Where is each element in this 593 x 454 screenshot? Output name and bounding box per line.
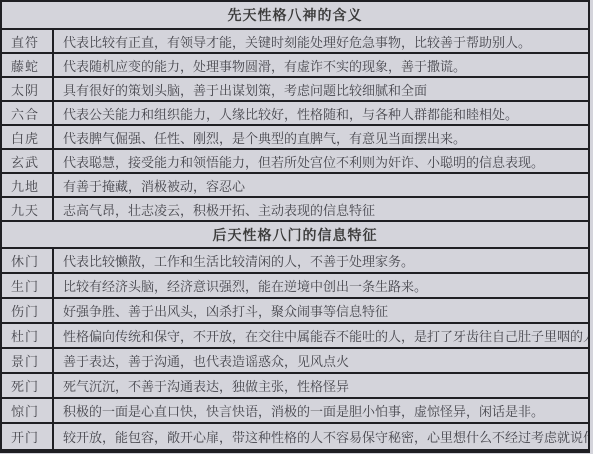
section-title-acquired-eight-doors: 后天性格八门的信息特征: [2, 223, 588, 249]
description-cell: 代表聪慧，接受能力和领悟能力，但若所处宫位不利则为奸诈、小聪明的信息表现。: [54, 152, 588, 171]
description-cell: 代表比较有正直，有领导才能，关键时刻能处理好危急事物，比较善于帮助别人。: [54, 32, 588, 51]
term-cell: 藤蛇: [2, 54, 54, 76]
description-cell: 死气沉沉，不善于沟通表达，独做主张，性格怪异: [54, 376, 588, 395]
description-cell: 代表公关能力和组织能力，人缘比较好，性格随和，与各种人群都能和睦相处。: [54, 104, 588, 123]
table-row: 开门较开放，能包容，敞开心扉，带这种性格的人不容易保守秘密，心里想什么不经过考虑…: [2, 424, 588, 450]
table-row: 六合代表公关能力和组织能力，人缘比较好，性格随和，与各种人群都能和睦相处。: [2, 102, 588, 126]
table-row: 直符代表比较有正直，有领导才能，关键时刻能处理好危急事物，比较善于帮助别人。: [2, 30, 588, 54]
description-cell: 代表随机应变的能力，处理事物圆滑，有虚诈不实的现象，善于撒谎。: [54, 56, 588, 75]
description-cell: 具有很好的策划头脑，善于出谋划策，考虑问题比较细腻和全面: [54, 80, 588, 99]
description-cell: 较开放，能包容，敞开心扉，带这种性格的人不容易保守秘密，心里想什么不经过考虑就说…: [54, 427, 588, 446]
section-title-innate-eight-gods: 先天性格八神的含义: [2, 2, 588, 30]
term-cell: 玄武: [2, 150, 54, 172]
description-cell: 善于表达，善于沟通，也代表造谣惑众，见风点火: [54, 351, 588, 370]
innate-gods-rows: 直符代表比较有正直，有领导才能，关键时刻能处理好危急事物，比较善于帮助别人。藤蛇…: [2, 30, 588, 223]
table-row: 景门善于表达，善于沟通，也代表造谣惑众，见风点火: [2, 349, 588, 374]
term-cell: 惊门: [2, 399, 54, 422]
term-cell: 直符: [2, 30, 54, 52]
personality-table-page: 先天性格八神的含义 直符代表比较有正直，有领导才能，关键时刻能处理好危急事物，比…: [0, 0, 593, 454]
description-cell: 有善于掩藏，消极被动，容忍心: [54, 176, 588, 195]
table-row: 死门死气沉沉，不善于沟通表达，独做主张，性格怪异: [2, 374, 588, 399]
description-cell: 志高气昂，壮志凌云，积极开拓、主动表现的信息特征: [54, 200, 588, 219]
acquired-doors-rows: 休门代表比较懒散，工作和生活比较清闲的人，不善于处理家务。生门比较有经济头脑，经…: [2, 249, 588, 450]
table-row: 伤门好强争胜、善于出风头，凶杀打斗，聚众闹事等信息特征: [2, 299, 588, 324]
term-cell: 开门: [2, 424, 54, 450]
term-cell: 杜门: [2, 324, 54, 347]
term-cell: 太阴: [2, 78, 54, 100]
table-row: 惊门积极的一面是心直口快，快言快语，消极的一面是胆小怕事，虚惊怪异，闲话是非。: [2, 399, 588, 424]
description-cell: 性格偏向传统和保守，不开放，在交往中属能吞不能吐的人，是打了牙齿往自己肚子里咽的…: [54, 326, 588, 345]
description-cell: 比较有经济头脑，经济意识强烈，能在逆境中创出一条生路来。: [54, 276, 588, 295]
description-cell: 代表脾气倔强、任性、刚烈，是个典型的直脾气，有意见当面摆出来。: [54, 128, 588, 147]
table-row: 藤蛇代表随机应变的能力，处理事物圆滑，有虚诈不实的现象，善于撒谎。: [2, 54, 588, 78]
table-row: 生门比较有经济头脑，经济意识强烈，能在逆境中创出一条生路来。: [2, 274, 588, 299]
table-row: 太阴具有很好的策划头脑，善于出谋划策，考虑问题比较细腻和全面: [2, 78, 588, 102]
table-row: 休门代表比较懒散，工作和生活比较清闲的人，不善于处理家务。: [2, 249, 588, 274]
term-cell: 九地: [2, 174, 54, 196]
table-row: 玄武代表聪慧，接受能力和领悟能力，但若所处宫位不利则为奸诈、小聪明的信息表现。: [2, 150, 588, 174]
table-row: 九天志高气昂，壮志凌云，积极开拓、主动表现的信息特征: [2, 198, 588, 222]
term-cell: 死门: [2, 374, 54, 397]
table-row: 白虎代表脾气倔强、任性、刚烈，是个典型的直脾气，有意见当面摆出来。: [2, 126, 588, 150]
term-cell: 白虎: [2, 126, 54, 148]
term-cell: 九天: [2, 198, 54, 220]
term-cell: 伤门: [2, 299, 54, 322]
personality-table: 先天性格八神的含义 直符代表比较有正直，有领导才能，关键时刻能处理好危急事物，比…: [0, 0, 590, 453]
term-cell: 六合: [2, 102, 54, 124]
description-cell: 积极的一面是心直口快，快言快语，消极的一面是胆小怕事，虚惊怪异，闲话是非。: [54, 401, 588, 420]
table-row: 九地有善于掩藏，消极被动，容忍心: [2, 174, 588, 198]
description-cell: 好强争胜、善于出风头，凶杀打斗，聚众闹事等信息特征: [54, 301, 588, 320]
term-cell: 生门: [2, 274, 54, 297]
term-cell: 景门: [2, 349, 54, 372]
table-row: 杜门性格偏向传统和保守，不开放，在交往中属能吞不能吐的人，是打了牙齿往自己肚子里…: [2, 324, 588, 349]
term-cell: 休门: [2, 249, 54, 272]
description-cell: 代表比较懒散，工作和生活比较清闲的人，不善于处理家务。: [54, 251, 588, 270]
